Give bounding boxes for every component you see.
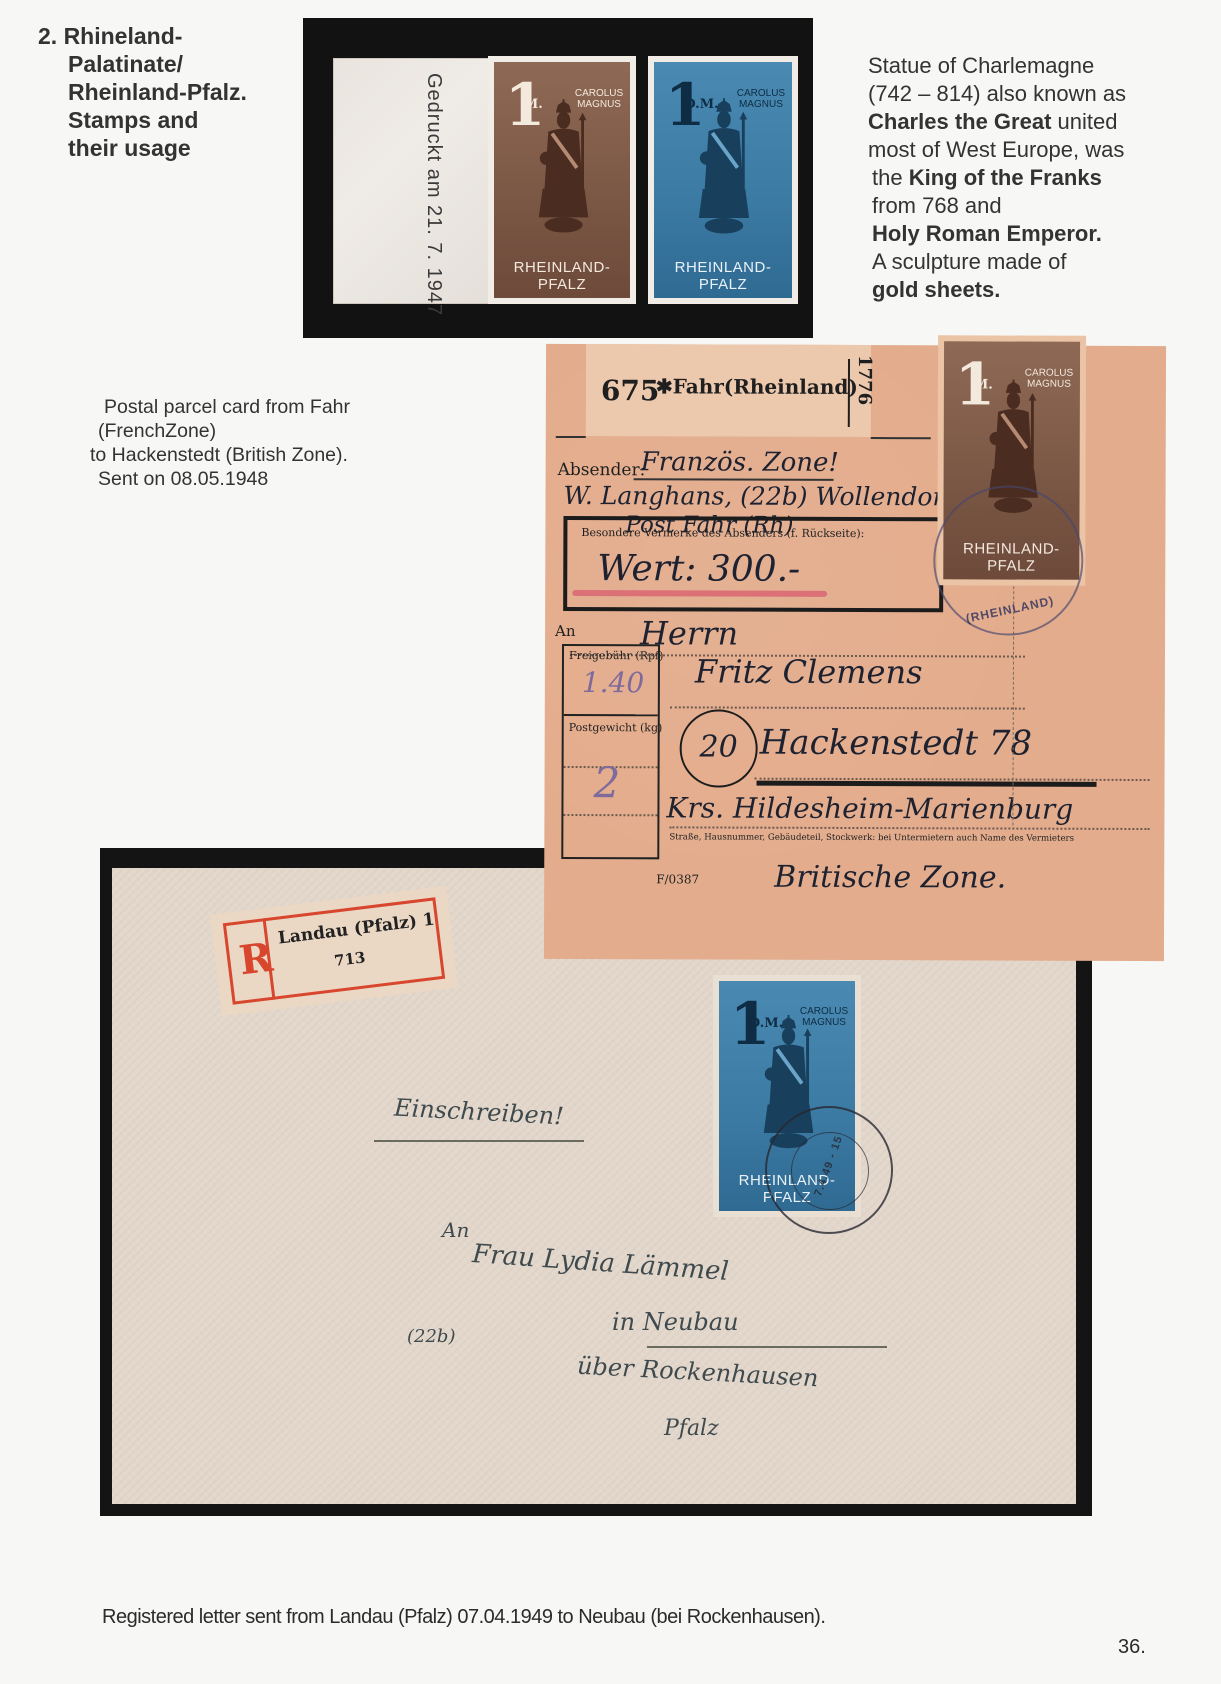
- sheet-margin-selvage: Gedruckt am 21. 7. 1947: [333, 58, 493, 304]
- postal-zone-number: 20: [682, 729, 756, 764]
- town-underline: [757, 781, 1097, 787]
- description-line: Charles the Great united: [868, 108, 1208, 136]
- box-divider: [564, 714, 658, 716]
- description-line: from 768 and: [868, 192, 1208, 220]
- postmark-place: (RHEINLAND): [965, 594, 1056, 626]
- handwriting-underline: [374, 1140, 584, 1142]
- description-line: most of West Europe, was: [868, 136, 1208, 164]
- description-text: Statue of Charlemagne: [868, 53, 1094, 78]
- title-line: 2. Rhineland-: [38, 22, 278, 50]
- caption-line: Sent on 08.05.1948: [96, 467, 476, 491]
- title-line: their usage: [38, 134, 278, 162]
- title-line: Palatinate/: [38, 50, 278, 78]
- registration-letter: R: [237, 934, 276, 985]
- handwriting-town: in Neubau: [612, 1308, 739, 1336]
- recipient-name: Fritz Clemens: [695, 652, 923, 691]
- handwriting-postcode: (22b): [407, 1326, 455, 1347]
- stamp-face: 1 D.M. CAROLUS MAGNUS RHEINLAND-PFALZ: [654, 62, 792, 298]
- registered-letter-caption: Registered letter sent from Landau (Pfal…: [102, 1606, 825, 1629]
- sender-zone: Französ. Zone!: [641, 447, 839, 478]
- description-line: (742 – 814) also known as: [868, 80, 1208, 108]
- fee-weight-box: Freigebühr (Rpf) 1.40 Postgewicht (kg) 2: [561, 644, 660, 859]
- caption-line: Postal parcel card from Fahr: [96, 395, 476, 419]
- sender-label: Absender:: [558, 460, 646, 480]
- page-title: 2. Rhineland- Palatinate/ Rheinland-Pfal…: [38, 22, 278, 162]
- description-line: gold sheets.: [868, 276, 1208, 304]
- stamp-country: RHEINLAND-PFALZ: [654, 259, 792, 293]
- stamp-1m-brown: 1 M. CAROLUS MAGNUS RHEINLAND-PFALZ: [488, 56, 636, 304]
- charlemagne-statue-icon: [535, 81, 592, 260]
- title-line: Stamps and: [38, 106, 278, 134]
- recipient-label: An: [555, 622, 576, 640]
- charlemagne-statue-icon: [695, 81, 753, 260]
- selvage-print-date: Gedruckt am 21. 7. 1947: [422, 73, 445, 316]
- form-number: F/0387: [656, 872, 699, 886]
- stamp-face: 1 M. CAROLUS MAGNUS RHEINLAND-PFALZ: [494, 62, 630, 298]
- landau-postmark: 7.4.49 - 15: [765, 1106, 893, 1234]
- page-number: 36.: [1118, 1636, 1146, 1659]
- charlemagne-description: Statue of Charlemagne(742 – 814) also kn…: [868, 52, 1208, 304]
- description-text: united: [1051, 109, 1117, 134]
- description-line: Statue of Charlemagne: [868, 52, 1208, 80]
- address-line: [669, 826, 1149, 830]
- handwriting-registered: Einschreiben!: [393, 1094, 564, 1131]
- special-remarks-label: Besondere Vermerke des Absenders (f. Rüc…: [581, 526, 864, 540]
- fee-value: 1.40: [582, 666, 644, 699]
- red-crayon-underline: [572, 590, 827, 597]
- label-place: ✱Fahr(Rheinland): [656, 374, 858, 399]
- description-text: (742 – 814) also known as: [868, 81, 1126, 106]
- title-line: Rheinland-Pfalz.: [38, 78, 278, 106]
- label-number: 675: [601, 374, 660, 407]
- handwriting-to: An: [442, 1218, 469, 1242]
- parcel-card: 675 ✱Fahr(Rheinland) 1776 Absender: Fran…: [544, 344, 1166, 961]
- box-dotted-line: [563, 814, 657, 816]
- parcel-origin-label: 675 ✱Fahr(Rheinland) 1776: [586, 344, 871, 437]
- description-emphasis: gold sheets.: [872, 277, 1000, 302]
- fee-label: Freigebühr (Rpf): [569, 649, 663, 662]
- caption-line: to Hackenstedt (British Zone).: [90, 443, 476, 467]
- handwriting-region: Pfalz: [664, 1416, 719, 1441]
- description-line: the King of the Franks: [868, 164, 1208, 192]
- stamp-1dm-blue: 1 D.M. CAROLUS MAGNUS RHEINLAND-PFALZ: [648, 56, 798, 304]
- description-emphasis: Charles the Great: [868, 109, 1051, 134]
- handwriting-recipient: Frau Lydia Lämmel: [471, 1239, 729, 1287]
- description-emphasis: King of the Franks: [909, 165, 1102, 190]
- description-line: A sculpture made of: [868, 248, 1208, 276]
- description-text: from 768 and: [872, 193, 1002, 218]
- description-emphasis: Holy Roman Emperor.: [872, 221, 1102, 246]
- description-text: the: [872, 165, 909, 190]
- sender-name: W. Langhans, (22b) Wollendorf: [563, 481, 953, 511]
- handwriting-via: über Rockenhausen: [576, 1352, 819, 1393]
- description-line: Holy Roman Emperor.: [868, 220, 1208, 248]
- registration-number: 713: [333, 948, 366, 970]
- form-rule: [871, 437, 931, 439]
- recipient-town: Hackenstedt 78: [760, 723, 1032, 764]
- caption-line: (FrenchZone): [96, 419, 476, 443]
- label-serial: 1776: [854, 355, 875, 405]
- description-text: A sculpture made of: [872, 249, 1066, 274]
- stamp-country: RHEINLAND-PFALZ: [494, 259, 630, 293]
- fahr-postmark: (RHEINLAND): [933, 485, 1084, 636]
- special-remarks-box: Besondere Vermerke des Absenders (f. Rüc…: [563, 516, 943, 612]
- description-text: most of West Europe, was: [868, 137, 1124, 162]
- recipient-zone: Britische Zone.: [774, 860, 1006, 896]
- form-rule: [556, 436, 586, 438]
- weight-value: 2: [593, 758, 620, 807]
- parcel-card-caption: Postal parcel card from Fahr (FrenchZone…: [96, 395, 476, 491]
- postal-zone-circle: 20: [680, 709, 758, 787]
- weight-label: Postgewicht (kg): [569, 721, 663, 734]
- handwriting-underline: [647, 1346, 887, 1348]
- label-divider: [848, 359, 850, 427]
- special-remarks-value: Wert: 300.-: [597, 548, 800, 590]
- address-hint: Straße, Hausnummer, Gebäudeteil, Stockwe…: [669, 832, 1074, 843]
